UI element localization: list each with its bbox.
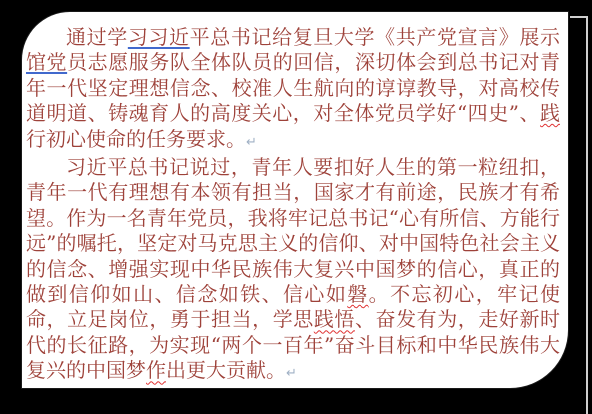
window-edge-line-horizontal: [570, 16, 588, 18]
paragraph-2: 习近平总书记说过，青年人要扣好人生的第一粒纽扣，青年一代有理想有本领有担当，国家…: [26, 155, 560, 387]
paragraph-1: 通过学习习近平总书记给复旦大学《共产党宣言》展示馆党员志愿服务队全体队员的回信，…: [26, 25, 560, 155]
text-segment: 通过学: [66, 25, 128, 49]
spelling-flagged-text: 作: [146, 358, 166, 382]
spelling-flagged-text: 践: [540, 101, 560, 125]
text-segment: 出更大贡献。: [166, 358, 286, 382]
page-background: 通过学习习近平总书记给复旦大学《共产党宣言》展示馆党员志愿服务队全体队员的回信，…: [0, 0, 592, 414]
grammar-flagged-text: 习习近: [128, 25, 190, 49]
text-segment: 平总书记给复旦大学《共产党宣言》展示: [190, 25, 560, 49]
paragraph-mark-icon: ↵: [246, 135, 257, 150]
paragraph-mark-icon: ↵: [286, 366, 297, 381]
spelling-flagged-text: 磐: [347, 282, 368, 306]
text-content[interactable]: 通过学习习近平总书记给复旦大学《共产党宣言》展示馆党员志愿服务队全体队员的回信，…: [22, 12, 568, 387]
text-segment: 员志愿服务队全体队员的回信，深切体会到总书记对青年一代坚定理想信念、校准人生航向…: [26, 50, 560, 125]
text-segment: 行初心使命的任务要求。: [26, 127, 246, 151]
spelling-flagged-text: 践悟: [314, 307, 355, 331]
grammar-flagged-text: 馆党: [26, 50, 67, 74]
window-edge-line-vertical: [586, 16, 588, 414]
rounded-text-box-shape[interactable]: 通过学习习近平总书记给复旦大学《共产党宣言》展示馆党员志愿服务队全体队员的回信，…: [22, 12, 568, 388]
